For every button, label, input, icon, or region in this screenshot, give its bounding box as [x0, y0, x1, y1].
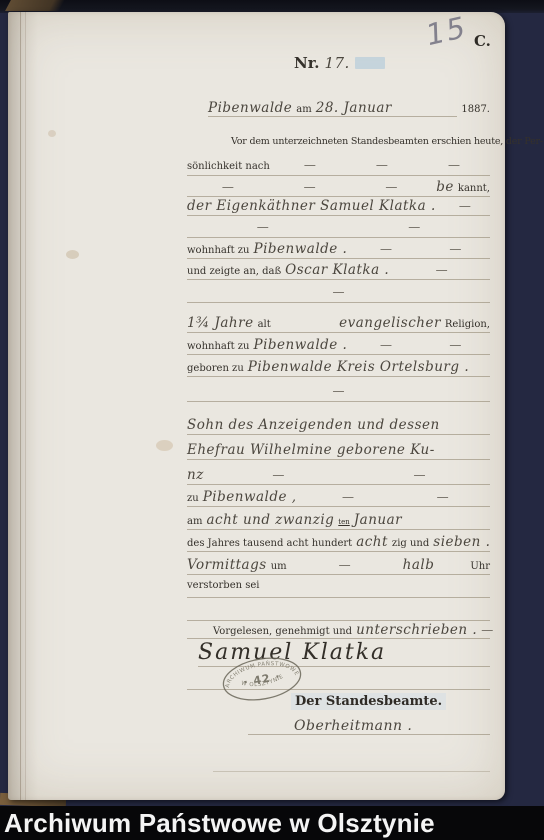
relation-line-3: nz — — — [187, 467, 490, 485]
hour-handwritten: halb — [403, 557, 435, 573]
wohnhaft-label: wohnhaft zu — [187, 341, 249, 352]
uhr-label: Uhr — [470, 561, 490, 572]
declarant-line: der Eigenkäthner Samuel Klatka . — — [187, 198, 490, 216]
pen-dashes: — — [187, 384, 490, 398]
year-ones-handwritten: sieben . — [433, 534, 490, 550]
death-time-line: Vormittags um — halb Uhr — [187, 557, 490, 575]
page-fold-line — [25, 12, 26, 800]
residence-line-2: wohnhaft zu Pibenwalde . — — — [187, 337, 490, 355]
blue-smudge-mark — [355, 57, 385, 69]
record-number-line: Nr. 17. — [294, 54, 385, 72]
known-handwritten: be — [436, 179, 454, 195]
paper-stain — [66, 250, 79, 259]
birthplace-line: geboren zu Pibenwalde Kreis Ortelsburg . — [187, 359, 490, 377]
birthplace-handwritten: Pibenwalde Kreis Ortelsburg . — [248, 359, 469, 375]
am-label: am — [296, 104, 311, 115]
residence-1-handwritten: Pibenwalde . — [253, 241, 347, 257]
nr-label: Nr. — [294, 54, 319, 72]
jahr-label: des Jahres tausend acht hundert — [187, 538, 352, 549]
pen-dashes: — — [291, 558, 399, 572]
known-line: — — — be kannt, — [187, 179, 490, 197]
pen-dashes: — — [440, 199, 490, 213]
page-fold-line — [20, 12, 21, 800]
pen-dashes: — — — — [187, 180, 432, 194]
blank-ruled-line — [187, 603, 490, 621]
death-date-line: am acht und zwanzig ten Januar — [187, 512, 490, 530]
zeigte-label: und zeigte an, daß — [187, 266, 281, 277]
death-place-handwritten: Pibenwalde , — [203, 489, 297, 505]
am-label: am — [187, 516, 202, 527]
geboren-label: geboren zu — [187, 363, 244, 374]
known-label: kannt, — [458, 183, 490, 194]
blank-ruled-line: — — [187, 285, 490, 303]
report-line: und zeigte an, daß Oscar Klatka . — — [187, 262, 490, 280]
wohnhaft-label: wohnhaft zu — [187, 245, 249, 256]
death-place-line: zu Pibenwalde , — — — [187, 489, 490, 507]
pen-dashes: — — [187, 285, 490, 299]
relation-line-1: Sohn des Anzeigenden und dessen — [187, 417, 490, 435]
death-year-line: des Jahres tausend acht hundert acht zig… — [187, 534, 490, 552]
registrar-signature-line: Oberheitmann . — [248, 718, 490, 735]
pen-dashes: — — — [351, 242, 490, 256]
form-letter: C. — [474, 32, 491, 50]
dateline-date-handwritten: 28. Januar — [316, 100, 392, 116]
paper-stain — [48, 130, 56, 137]
pen-dashes: — — — [351, 338, 490, 352]
pen-dashes: — — — [208, 468, 490, 482]
blank-ruled-line: — — [187, 384, 490, 402]
age-religion-line: 1¾ Jahre alt evangelischer Religion, — [187, 315, 490, 333]
verstorben-label: verstorben sei — [187, 580, 260, 591]
zig-label: zig und — [392, 538, 429, 549]
intro-line-2: sönlichkeit nach — — — — [187, 158, 490, 176]
vorgelesen-handwritten: unterschrieben . — [356, 622, 477, 638]
religion-handwritten: evangelischer — [339, 315, 441, 331]
paper-stain — [156, 440, 173, 451]
pen-dashes: — — — [301, 490, 490, 504]
pen-dashes: — — — — [274, 158, 490, 172]
nr-value-handwritten: 17. — [324, 54, 349, 72]
dateline-year: 1887. — [461, 104, 490, 115]
pencil-page-number: 15 — [423, 10, 471, 52]
archive-footer-bar: Archiwum Państwowe w Olsztynie — [0, 806, 544, 840]
daytime-handwritten: Vormittags — [187, 557, 267, 573]
um-label: um — [271, 561, 287, 572]
book-spine-edge — [5, 0, 65, 11]
residence-line-1: wohnhaft zu Pibenwalde . — — — [187, 241, 490, 259]
registrar-title: Der Standesbeamte. — [291, 693, 446, 710]
pen-dashes: — — — [187, 220, 490, 234]
ten-suffix: ten — [338, 518, 349, 526]
blank-ruled-line: — — — [187, 220, 490, 238]
religion-label: Religion, — [445, 319, 490, 330]
age-handwritten: 1¾ Jahre — [187, 315, 254, 331]
register-page: Nr. 17. 15 C. Pibenwalde am 28. Januar 1… — [8, 12, 505, 800]
archive-name: Archiwum Państwowe w Olsztynie — [0, 808, 435, 839]
dateline: Pibenwalde am 28. Januar 1887. — [208, 100, 490, 117]
death-day-handwritten: acht und zwanzig — [206, 512, 334, 528]
zu-label: zu — [187, 493, 199, 504]
death-month-handwritten: Januar — [354, 512, 402, 528]
vorgelesen-line: Vorgelesen, genehmigt und unterschrieben… — [187, 622, 490, 639]
year-tens-handwritten: acht — [356, 534, 388, 550]
residence-2-handwritten: Pibenwalde . — [253, 337, 347, 353]
dateline-place-handwritten: Pibenwalde — [208, 100, 292, 116]
deceased-name-handwritten: Oscar Klatka . — [285, 262, 389, 278]
relation-line-2: Ehefrau Wilhelmine geborene Ku- — [187, 442, 490, 460]
declarant-handwritten: der Eigenkäthner Samuel Klatka . — [187, 198, 436, 214]
pen-dashes: — — [393, 263, 490, 277]
registrar-signature: Oberheitmann . — [294, 718, 412, 734]
pen-dashes: — — [481, 623, 493, 637]
vorgelesen-label: Vorgelesen, genehmigt und — [213, 626, 352, 637]
verstorben-line: verstorben sei — [187, 580, 490, 598]
alt-label: alt — [258, 319, 271, 330]
blank-ruled-line — [213, 754, 490, 772]
intro-line-1: Vor dem unterzeichneten Standesbeamten e… — [187, 136, 490, 153]
